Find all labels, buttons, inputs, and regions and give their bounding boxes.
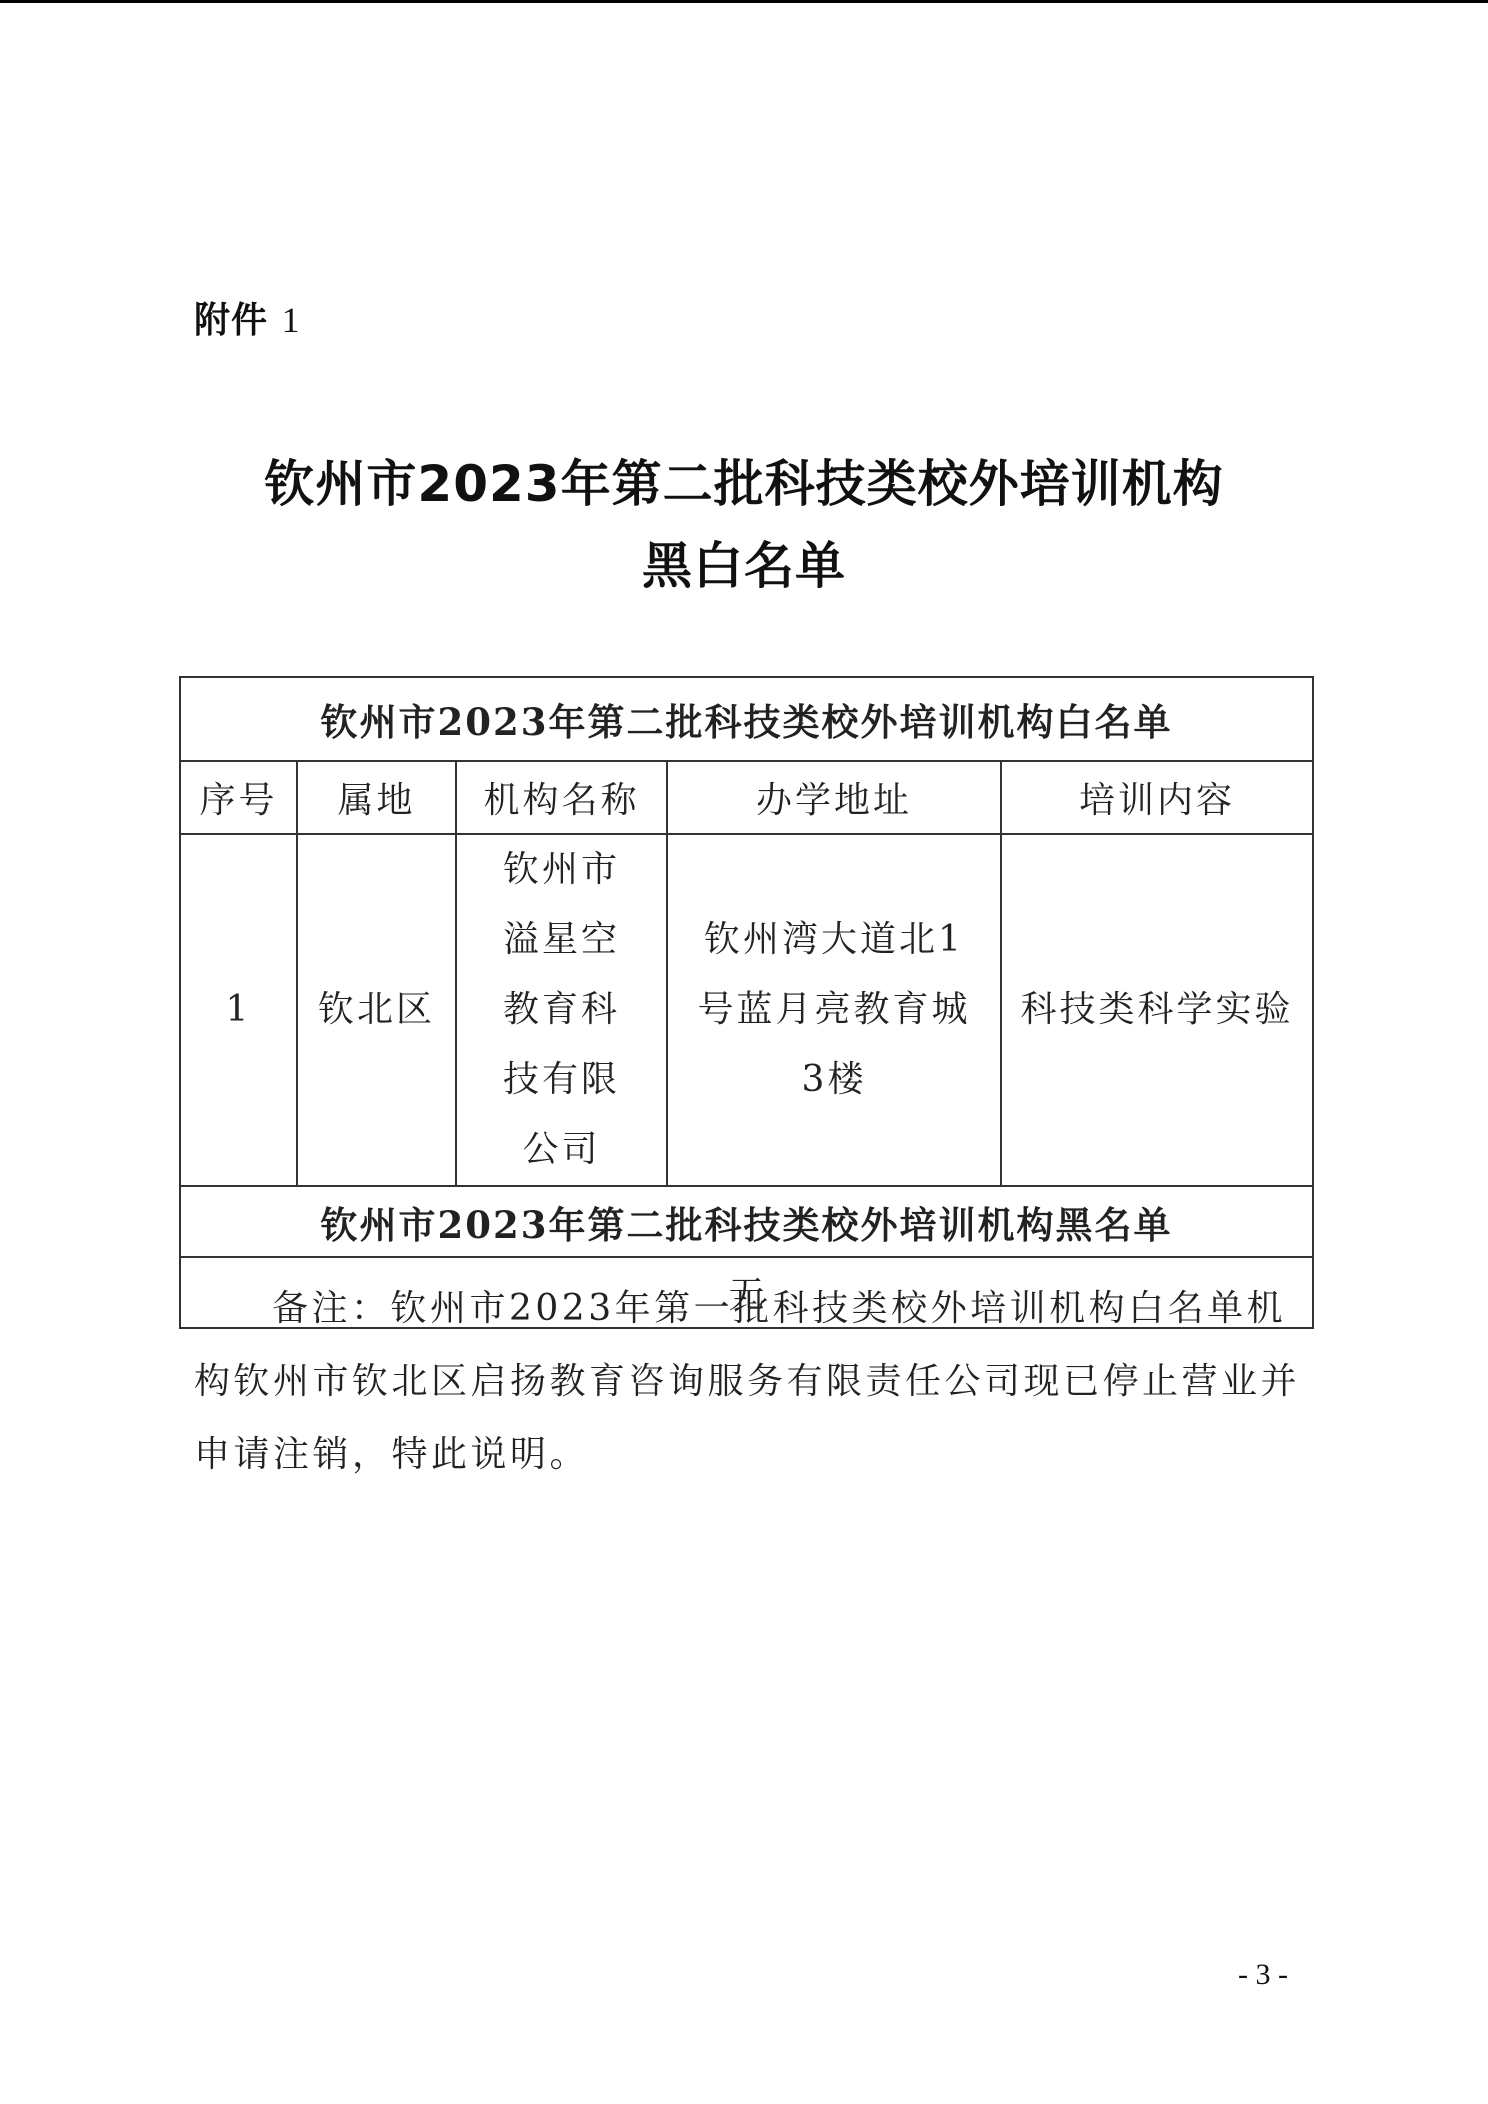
attachment-label-text: 附件 <box>194 300 268 341</box>
cell-address-text: 钦州湾大道北1号蓝月亮教育城3楼 <box>689 905 979 1115</box>
remark-text: 备注：钦州市2023年第一批科技类校外培训机构白名单机构钦州市钦北区启扬教育咨询… <box>194 1288 1300 1475</box>
blacklist-title: 钦州市2023年第二批科技类校外培训机构黑名单 <box>180 1186 1313 1257</box>
column-header-row: 序号 属地 机构名称 办学地址 培训内容 <box>180 761 1313 834</box>
document-title-line2: 黑白名单 <box>0 526 1488 598</box>
blackwhite-list-table: 钦州市2023年第二批科技类校外培训机构白名单 序号 属地 机构名称 办学地址 … <box>179 676 1314 1329</box>
attachment-label: 附件 1 <box>194 292 301 343</box>
cell-name-text: 钦州市溢星空教育科技有限公司 <box>487 835 637 1185</box>
table-row: 1 钦北区 钦州市溢星空教育科技有限公司 钦州湾大道北1号蓝月亮教育城3楼 科技… <box>180 834 1313 1186</box>
remark-paragraph: 备注：钦州市2023年第一批科技类校外培训机构白名单机构钦州市钦北区启扬教育咨询… <box>194 1272 1306 1491</box>
cell-content: 科技类科学实验 <box>1001 834 1313 1186</box>
column-header-district: 属地 <box>297 761 456 834</box>
cell-district: 钦北区 <box>297 834 456 1186</box>
document-title-line1: 钦州市2023年第二批科技类校外培训机构 <box>0 444 1488 516</box>
blacklist-title-row: 钦州市2023年第二批科技类校外培训机构黑名单 <box>180 1186 1313 1257</box>
cell-index: 1 <box>180 834 297 1186</box>
attachment-number: 1 <box>282 300 301 340</box>
column-header-content: 培训内容 <box>1001 761 1313 834</box>
whitelist-title-row: 钦州市2023年第二批科技类校外培训机构白名单 <box>180 677 1313 761</box>
column-header-name: 机构名称 <box>456 761 667 834</box>
page-number: - 3 - <box>1238 1958 1288 1992</box>
column-header-address: 办学地址 <box>667 761 1001 834</box>
top-border <box>0 0 1488 3</box>
cell-address: 钦州湾大道北1号蓝月亮教育城3楼 <box>667 834 1001 1186</box>
cell-name: 钦州市溢星空教育科技有限公司 <box>456 834 667 1186</box>
column-header-index: 序号 <box>180 761 297 834</box>
whitelist-title: 钦州市2023年第二批科技类校外培训机构白名单 <box>180 677 1313 761</box>
